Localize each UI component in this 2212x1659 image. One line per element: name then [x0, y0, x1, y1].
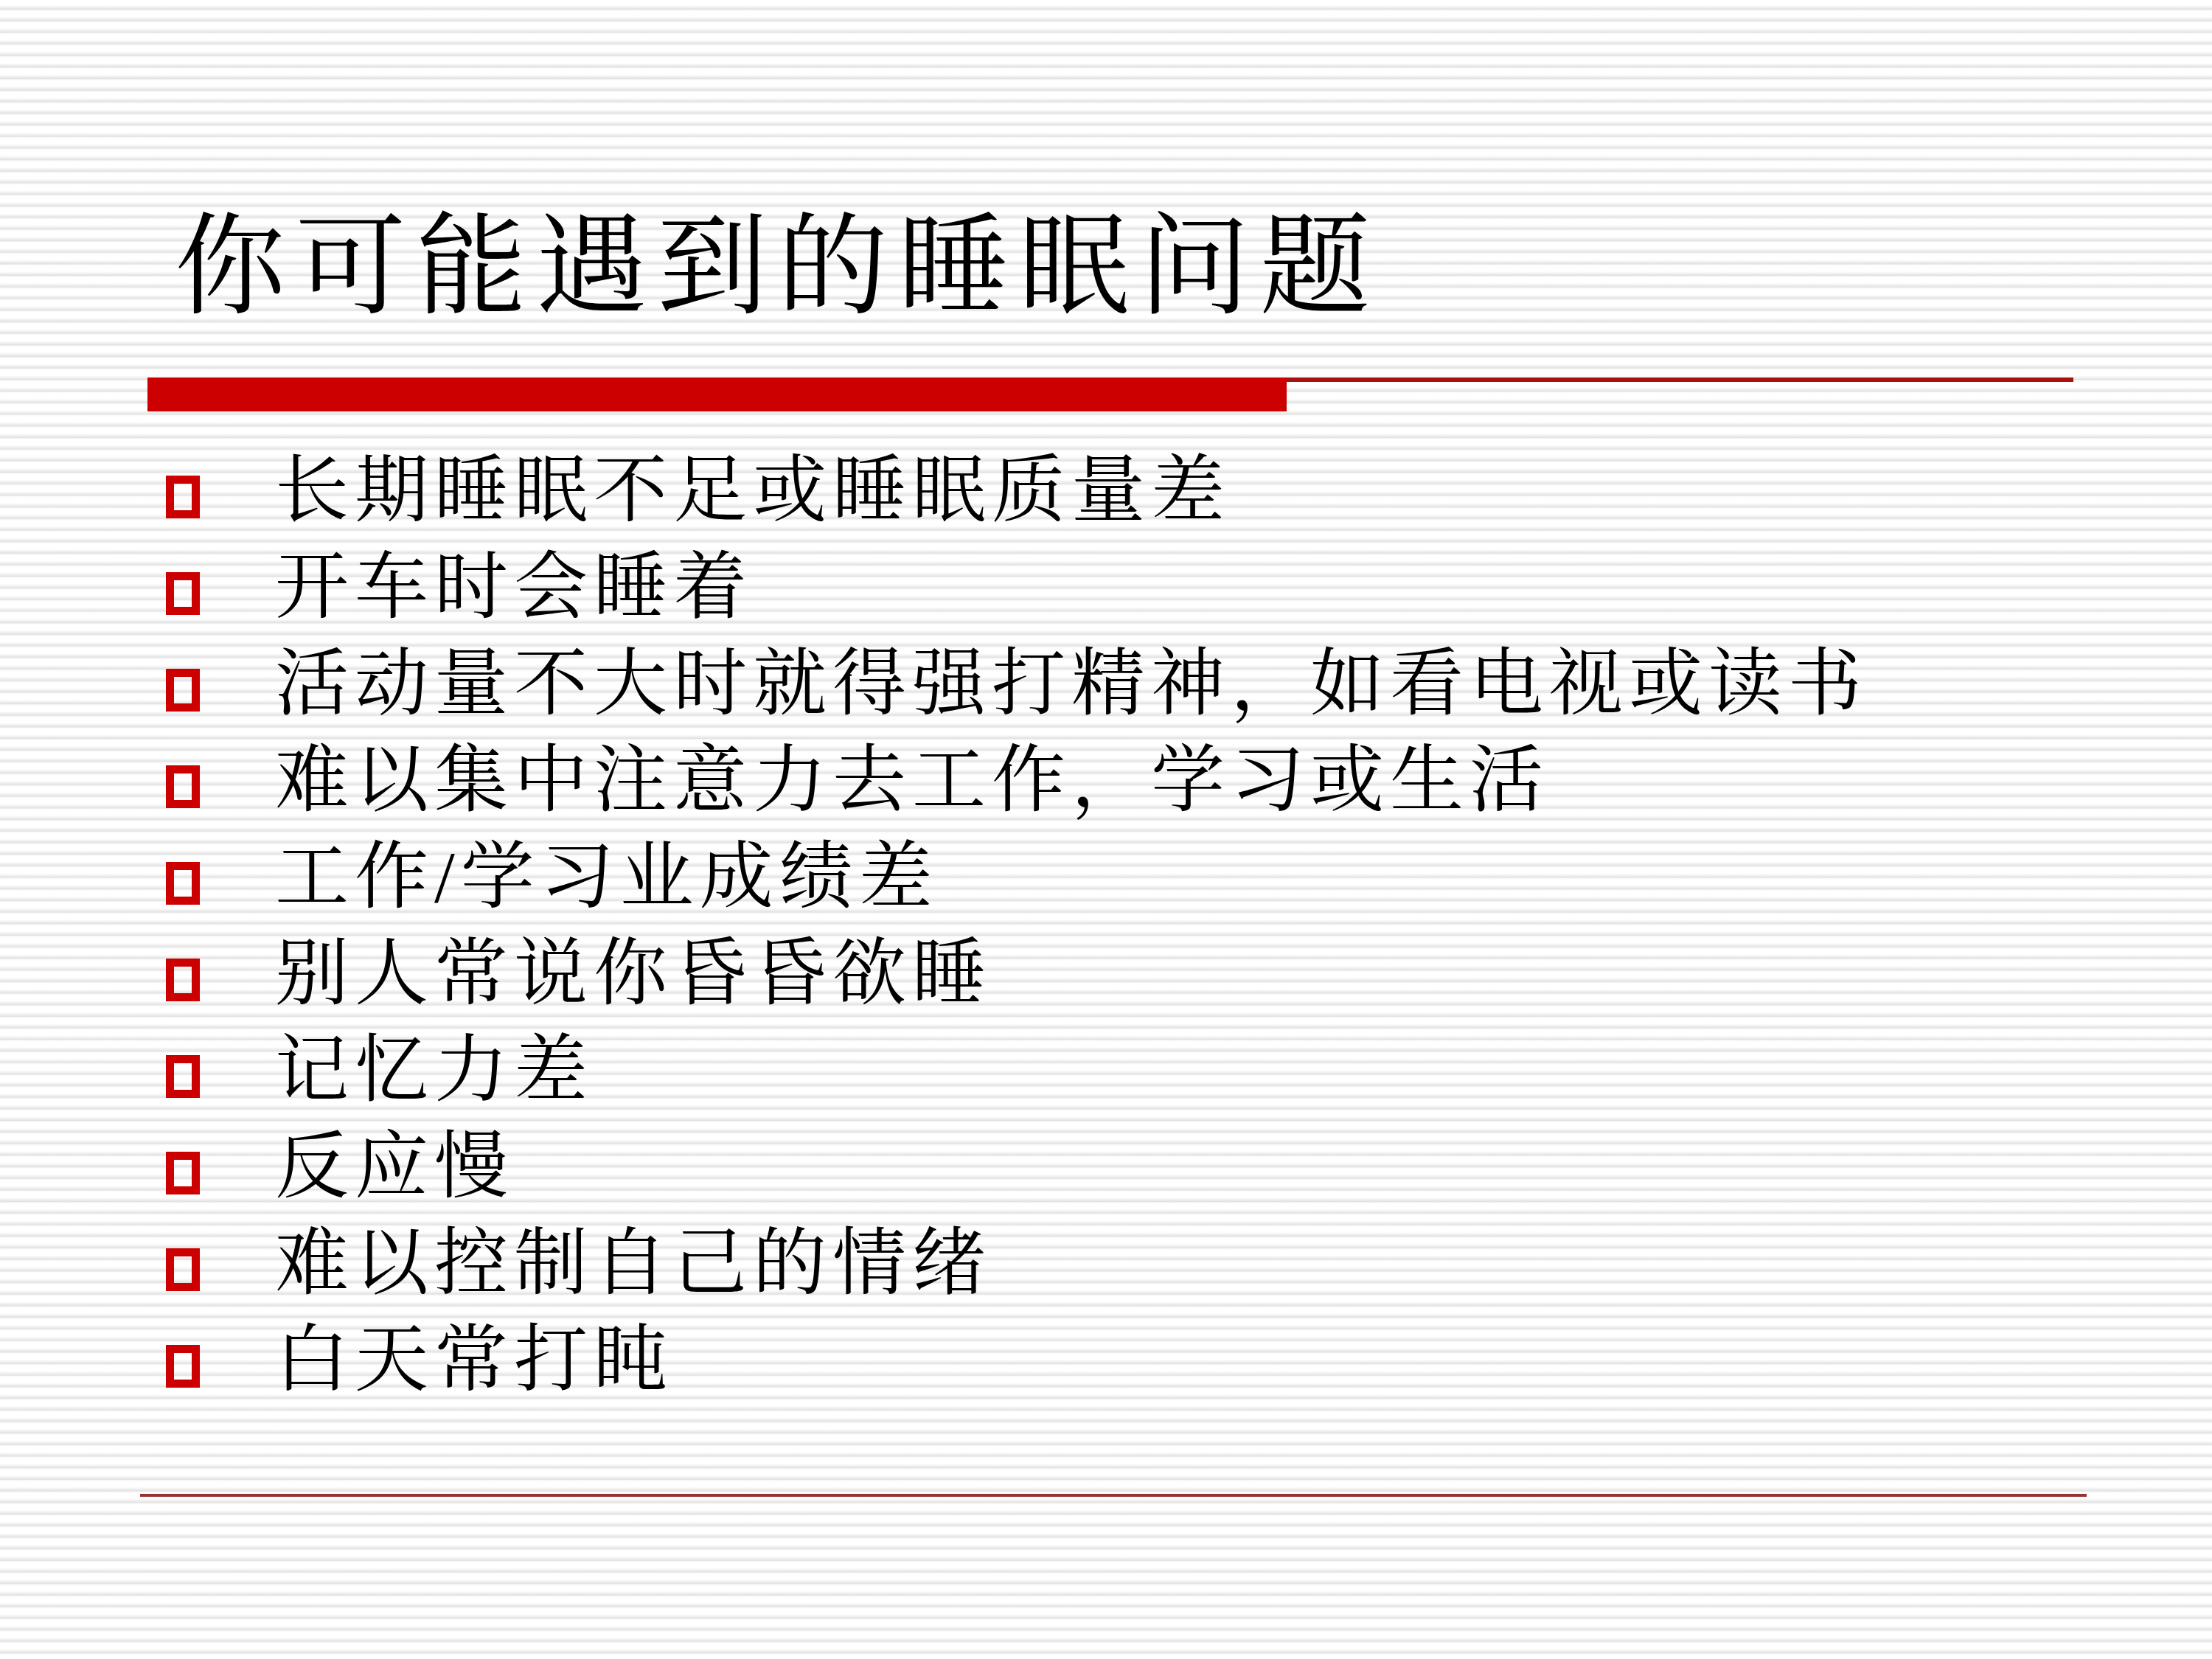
bullet-text: 长期睡眠不足或睡眠质量差 [275, 442, 1231, 539]
title-underline-bar [147, 378, 1287, 411]
bullet-square-icon [166, 862, 200, 905]
bullet-square-icon [166, 476, 200, 518]
list-item: 难以控制自己的情绪 [166, 1215, 1868, 1312]
bullet-text: 开车时会睡着 [275, 539, 753, 636]
bullet-square-icon [166, 765, 200, 808]
bullet-text: 难以控制自己的情绪 [275, 1215, 992, 1312]
slide-title: 你可能遇到的睡眠问题 [175, 193, 1380, 343]
bullet-square-icon [166, 1345, 200, 1388]
bullet-square-icon [166, 1152, 200, 1194]
bullet-text: 难以集中注意力去工作，学习或生活 [275, 732, 1549, 829]
slide: 你可能遇到的睡眠问题 长期睡眠不足或睡眠质量差 开车时会睡着 活动量不大时就得强… [0, 0, 2212, 1659]
bullet-list: 长期睡眠不足或睡眠质量差 开车时会睡着 活动量不大时就得强打精神，如看电视或读书… [166, 442, 1868, 1408]
list-item: 难以集中注意力去工作，学习或生活 [166, 732, 1868, 829]
bullet-square-icon [166, 959, 200, 1001]
bullet-text: 记忆力差 [275, 1022, 594, 1119]
list-item: 记忆力差 [166, 1022, 1868, 1119]
list-item: 白天常打盹 [166, 1312, 1868, 1408]
list-item: 活动量不大时就得强打精神，如看电视或读书 [166, 636, 1868, 732]
list-item: 别人常说你昏昏欲睡 [166, 925, 1868, 1022]
bullet-square-icon [166, 1248, 200, 1291]
list-item: 反应慢 [166, 1119, 1868, 1215]
bullet-text: 工作/学习业成绩差 [275, 829, 939, 925]
list-item: 开车时会睡着 [166, 539, 1868, 636]
bullet-text: 白天常打盹 [275, 1312, 673, 1408]
list-item: 长期睡眠不足或睡眠质量差 [166, 442, 1868, 539]
bullet-square-icon [166, 669, 200, 712]
bullet-text: 反应慢 [275, 1119, 514, 1215]
footer-rule [140, 1494, 2087, 1497]
bullet-square-icon [166, 572, 200, 615]
bullet-text: 别人常说你昏昏欲睡 [275, 925, 992, 1022]
bullet-square-icon [166, 1055, 200, 1098]
bullet-text: 活动量不大时就得强打精神，如看电视或读书 [275, 636, 1868, 732]
list-item: 工作/学习业成绩差 [166, 829, 1868, 925]
